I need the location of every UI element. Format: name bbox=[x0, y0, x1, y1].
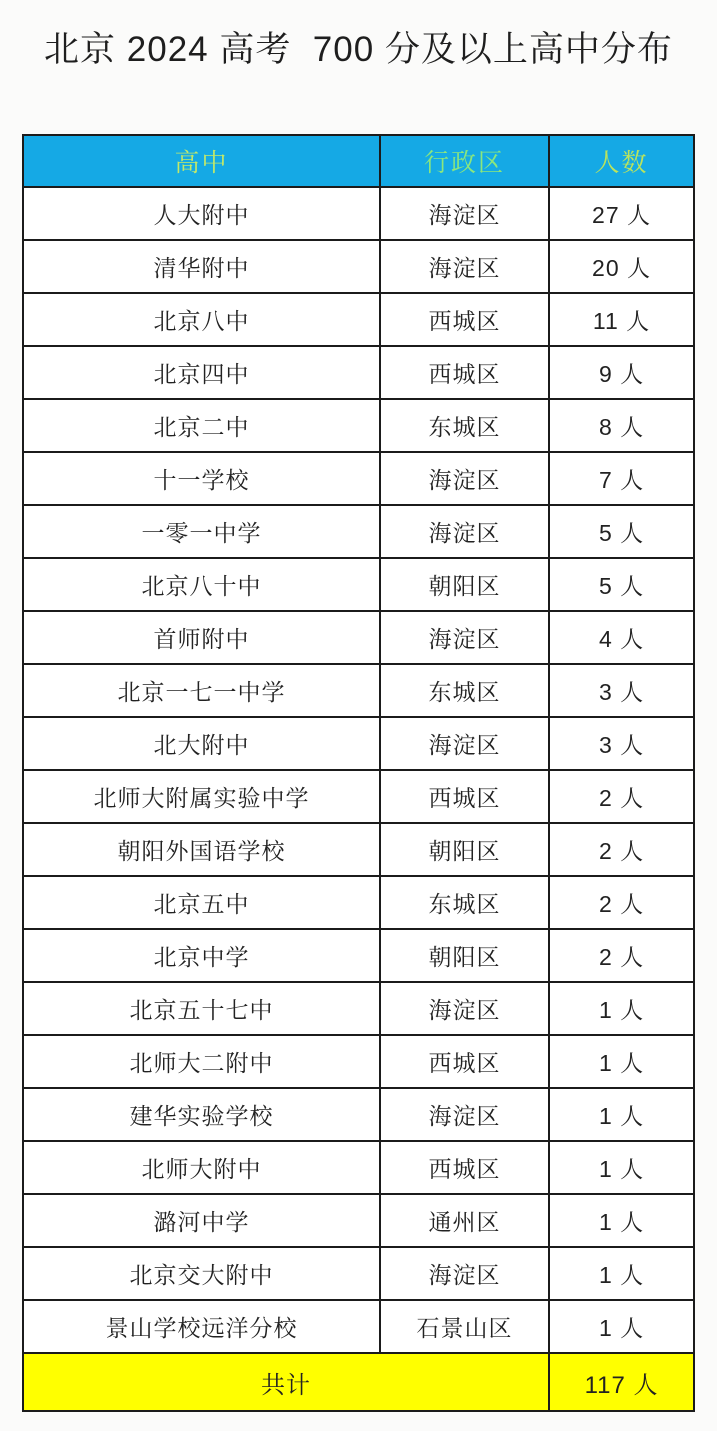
cell-count: 2 人 bbox=[549, 929, 694, 982]
cell-school: 北京五中 bbox=[23, 876, 380, 929]
cell-count: 1 人 bbox=[549, 1141, 694, 1194]
cell-district: 东城区 bbox=[380, 876, 549, 929]
cell-school: 建华实验学校 bbox=[23, 1088, 380, 1141]
table-row: 北京二中东城区8 人 bbox=[23, 399, 694, 452]
table-row: 北京四中西城区9 人 bbox=[23, 346, 694, 399]
cell-district: 西城区 bbox=[380, 1035, 549, 1088]
cell-count: 11 人 bbox=[549, 293, 694, 346]
cell-count: 2 人 bbox=[549, 823, 694, 876]
cell-count: 5 人 bbox=[549, 505, 694, 558]
table-row: 建华实验学校海淀区1 人 bbox=[23, 1088, 694, 1141]
cell-school: 北京一七一中学 bbox=[23, 664, 380, 717]
page-title: 北京 2024 高考 700 分及以上高中分布 bbox=[0, 22, 717, 72]
table-row: 北师大二附中西城区1 人 bbox=[23, 1035, 694, 1088]
cell-count: 1 人 bbox=[549, 982, 694, 1035]
cell-count: 2 人 bbox=[549, 770, 694, 823]
cell-count: 3 人 bbox=[549, 664, 694, 717]
cell-district: 海淀区 bbox=[380, 505, 549, 558]
cell-count: 8 人 bbox=[549, 399, 694, 452]
cell-count: 1 人 bbox=[549, 1300, 694, 1353]
cell-count: 7 人 bbox=[549, 452, 694, 505]
table-header: 高中 行政区 人数 bbox=[23, 135, 694, 187]
table-row: 清华附中海淀区20 人 bbox=[23, 240, 694, 293]
cell-school: 北师大附属实验中学 bbox=[23, 770, 380, 823]
cell-school: 人大附中 bbox=[23, 187, 380, 240]
table-row: 人大附中海淀区27 人 bbox=[23, 187, 694, 240]
table-row: 北师大附属实验中学西城区2 人 bbox=[23, 770, 694, 823]
table-row: 北京中学朝阳区2 人 bbox=[23, 929, 694, 982]
footer-row: 共计 117 人 bbox=[23, 1353, 694, 1411]
table-row: 首师附中海淀区4 人 bbox=[23, 611, 694, 664]
cell-school: 北京五十七中 bbox=[23, 982, 380, 1035]
cell-count: 1 人 bbox=[549, 1088, 694, 1141]
cell-school: 景山学校远洋分校 bbox=[23, 1300, 380, 1353]
table-footer: 共计 117 人 bbox=[23, 1353, 694, 1411]
cell-count: 4 人 bbox=[549, 611, 694, 664]
table-row: 北京八十中朝阳区5 人 bbox=[23, 558, 694, 611]
cell-district: 海淀区 bbox=[380, 611, 549, 664]
header-district: 行政区 bbox=[380, 135, 549, 187]
footer-label: 共计 bbox=[23, 1353, 549, 1411]
cell-district: 西城区 bbox=[380, 346, 549, 399]
cell-district: 海淀区 bbox=[380, 1247, 549, 1300]
cell-count: 9 人 bbox=[549, 346, 694, 399]
page: 北京 2024 高考 700 分及以上高中分布 高中 行政区 人数 人大附中海淀… bbox=[0, 0, 717, 1431]
cell-district: 西城区 bbox=[380, 770, 549, 823]
cell-district: 东城区 bbox=[380, 664, 549, 717]
table-body: 人大附中海淀区27 人清华附中海淀区20 人北京八中西城区11 人北京四中西城区… bbox=[23, 187, 694, 1353]
cell-school: 朝阳外国语学校 bbox=[23, 823, 380, 876]
table-row: 北大附中海淀区3 人 bbox=[23, 717, 694, 770]
table-row: 朝阳外国语学校朝阳区2 人 bbox=[23, 823, 694, 876]
cell-count: 2 人 bbox=[549, 876, 694, 929]
cell-district: 朝阳区 bbox=[380, 558, 549, 611]
cell-school: 北师大附中 bbox=[23, 1141, 380, 1194]
cell-district: 朝阳区 bbox=[380, 823, 549, 876]
cell-district: 朝阳区 bbox=[380, 929, 549, 982]
cell-district: 东城区 bbox=[380, 399, 549, 452]
table-row: 北京交大附中海淀区1 人 bbox=[23, 1247, 694, 1300]
cell-count: 1 人 bbox=[549, 1194, 694, 1247]
table-row: 北师大附中西城区1 人 bbox=[23, 1141, 694, 1194]
cell-school: 北大附中 bbox=[23, 717, 380, 770]
cell-district: 海淀区 bbox=[380, 187, 549, 240]
table-row: 北京五十七中海淀区1 人 bbox=[23, 982, 694, 1035]
cell-count: 1 人 bbox=[549, 1035, 694, 1088]
cell-district: 海淀区 bbox=[380, 240, 549, 293]
footer-total: 117 人 bbox=[549, 1353, 694, 1411]
cell-count: 1 人 bbox=[549, 1247, 694, 1300]
score-table: 高中 行政区 人数 人大附中海淀区27 人清华附中海淀区20 人北京八中西城区1… bbox=[22, 134, 695, 1412]
cell-school: 北京中学 bbox=[23, 929, 380, 982]
cell-district: 海淀区 bbox=[380, 717, 549, 770]
cell-district: 通州区 bbox=[380, 1194, 549, 1247]
cell-district: 石景山区 bbox=[380, 1300, 549, 1353]
cell-district: 海淀区 bbox=[380, 1088, 549, 1141]
cell-district: 海淀区 bbox=[380, 982, 549, 1035]
cell-school: 十一学校 bbox=[23, 452, 380, 505]
table-row: 北京五中东城区2 人 bbox=[23, 876, 694, 929]
table-row: 北京八中西城区11 人 bbox=[23, 293, 694, 346]
cell-school: 北京四中 bbox=[23, 346, 380, 399]
table-row: 潞河中学通州区1 人 bbox=[23, 1194, 694, 1247]
cell-school: 北京八中 bbox=[23, 293, 380, 346]
cell-district: 海淀区 bbox=[380, 452, 549, 505]
table-row: 北京一七一中学东城区3 人 bbox=[23, 664, 694, 717]
table-row: 一零一中学海淀区5 人 bbox=[23, 505, 694, 558]
cell-count: 27 人 bbox=[549, 187, 694, 240]
cell-school: 清华附中 bbox=[23, 240, 380, 293]
cell-count: 5 人 bbox=[549, 558, 694, 611]
cell-district: 西城区 bbox=[380, 1141, 549, 1194]
cell-school: 北师大二附中 bbox=[23, 1035, 380, 1088]
table-row: 景山学校远洋分校石景山区1 人 bbox=[23, 1300, 694, 1353]
cell-school: 一零一中学 bbox=[23, 505, 380, 558]
cell-count: 3 人 bbox=[549, 717, 694, 770]
header-school: 高中 bbox=[23, 135, 380, 187]
cell-school: 潞河中学 bbox=[23, 1194, 380, 1247]
header-row: 高中 行政区 人数 bbox=[23, 135, 694, 187]
cell-school: 首师附中 bbox=[23, 611, 380, 664]
cell-school: 北京二中 bbox=[23, 399, 380, 452]
cell-count: 20 人 bbox=[549, 240, 694, 293]
header-count: 人数 bbox=[549, 135, 694, 187]
cell-school: 北京八十中 bbox=[23, 558, 380, 611]
table-row: 十一学校海淀区7 人 bbox=[23, 452, 694, 505]
cell-school: 北京交大附中 bbox=[23, 1247, 380, 1300]
cell-district: 西城区 bbox=[380, 293, 549, 346]
